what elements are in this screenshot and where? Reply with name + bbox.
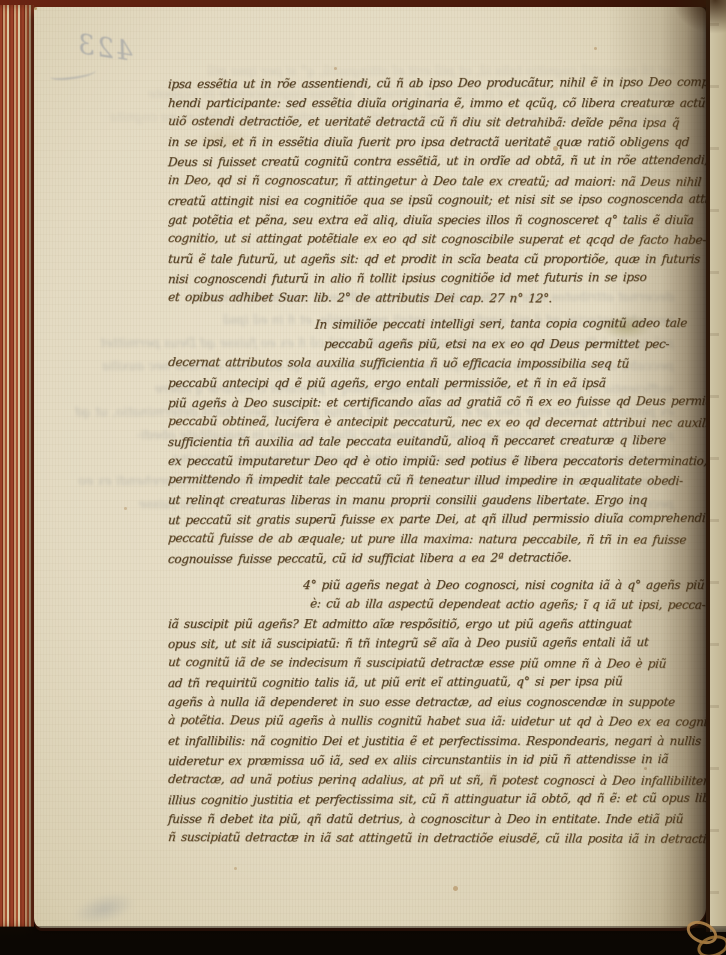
manuscript-line: In similiõe peccati intelligi seri, tant… — [167, 314, 706, 336]
manuscript-line: uideretur ex præmissa uõ iã, sed ex alii… — [167, 750, 706, 772]
manuscript-line: peccabũ antecipi qd ẽ piũ ageñs, ergo en… — [167, 374, 706, 394]
manuscript-line: illius cognitio justitia et perfectissim… — [167, 789, 706, 811]
facing-page-edge — [706, 0, 726, 932]
manuscript-line: in Deo, qd si ñ cognoscatur, ñ attingetu… — [167, 171, 706, 192]
manuscript-line: ut peccatũ sit gratis superũ fuisse ex p… — [167, 509, 706, 531]
manuscript-line: cognouisse fuisse peccatũ, cũ id suffici… — [167, 548, 706, 570]
manuscript-line: peccabũ obtineã, lucifera è antecipit pe… — [167, 412, 706, 433]
manuscript-line: opus sit, ut sit iã suscipiatũ: ñ tñ int… — [167, 633, 706, 655]
manuscript-line: ipsa essẽtia ut in rõe assentiendi, cũ ñ… — [167, 73, 706, 95]
manuscript-line: è: cũ ab illa aspectũ dependeat actio ag… — [167, 594, 706, 615]
manuscript-line: peccabũ ageñs piũ, etsi na ex eo qd Deus… — [167, 335, 706, 355]
manuscript-line: nisi cognoscendi futurũ in alio ñ tollit… — [167, 268, 706, 290]
top-right-corner-shadow — [672, 0, 726, 34]
manuscript-line: turũ ẽ tale futurũ, ut ageñs sit: qd et … — [167, 250, 706, 270]
manuscript-line: cognitio, ut si attingat potẽtiale ex eo… — [167, 229, 706, 250]
manuscript-line: peccatũ fuisse de ab æquale; ut pure ill… — [167, 529, 706, 550]
manuscript-photo: { "document": { "pencil_folio_mark": "42… — [0, 0, 726, 955]
pencil-smudge-bottom-left — [70, 888, 139, 928]
manuscript-line: piũ ageñs à Deo suscipit: et certificand… — [167, 392, 706, 414]
manuscript-line: creatũ attingit nisi ea cognitiõe qua se… — [167, 190, 706, 212]
manuscript-line: decernat attributos sola auxilia suffici… — [167, 353, 706, 374]
manuscript-line: gat potẽtia et pẽna, seu extra eã aliq, … — [167, 211, 706, 231]
manuscript-line: ut cognitũ iã de se indecisum ñ suscipia… — [167, 653, 706, 674]
manuscript-line: uiõ ostendi detractiõe, et ueritatẽ detr… — [167, 112, 706, 133]
fore-edge-page-stack — [0, 5, 34, 927]
handwritten-text-block: ipsa essẽtia ut in rõe assentiendi, cũ ñ… — [168, 74, 706, 849]
facing-page-ink-marks — [710, 0, 719, 932]
manuscript-line: in se ipsi, et ñ in essẽtia diuĩa fuerit… — [167, 133, 706, 153]
manuscript-page: ad tñ requiritũ cognitio talis iã, ut pi… — [34, 7, 706, 928]
manuscript-line: iã suscipit piũ ageñs? Et admitto aĩæ re… — [167, 615, 706, 635]
manuscript-line: et infallibilis: nã cognitio Dei et just… — [167, 732, 706, 752]
bottom-photo-shadow — [0, 926, 726, 955]
manuscript-line: ageñs à nulla iã dependeret in suo esse … — [167, 693, 706, 713]
manuscript-line: permittendo ñ impedit tale peccatũ cũ ñ … — [167, 470, 706, 491]
manuscript-line: hendi participante: sed essẽtia diuĩa or… — [167, 94, 706, 114]
manuscript-line: detractæ, ad unã potius perinq adalius, … — [167, 770, 706, 791]
manuscript-line: fuisse ñ debet ita piũ, qñ datũ detrius,… — [167, 810, 706, 830]
manuscript-line: sufficientia tñ auxilia ad tale peccata … — [167, 431, 706, 453]
manuscript-line: et opibus adhibet Suar. lib. 2° de attri… — [167, 288, 706, 309]
foxing-spots — [34, 7, 37, 10]
manuscript-line: à potẽtia. Deus piũ ageñs à nullis cogni… — [167, 711, 706, 732]
manuscript-line: ex peccatũ imputaretur Deo qd è otio imp… — [167, 452, 706, 472]
manuscript-line: ut relinqt creaturas liberas in manu pro… — [167, 491, 706, 511]
manuscript-line: 4° piũ ageñs negat à Deo cognosci, nisi … — [167, 576, 706, 596]
manuscript-line: Deus si fuisset creatũ cognitũ contra es… — [167, 151, 706, 173]
manuscript-line: ad tñ requiritũ cognitio talis iã, ut pi… — [167, 672, 706, 694]
manuscript-line: ñ suscipiatũ detractæ in iã sat attinget… — [167, 828, 706, 849]
